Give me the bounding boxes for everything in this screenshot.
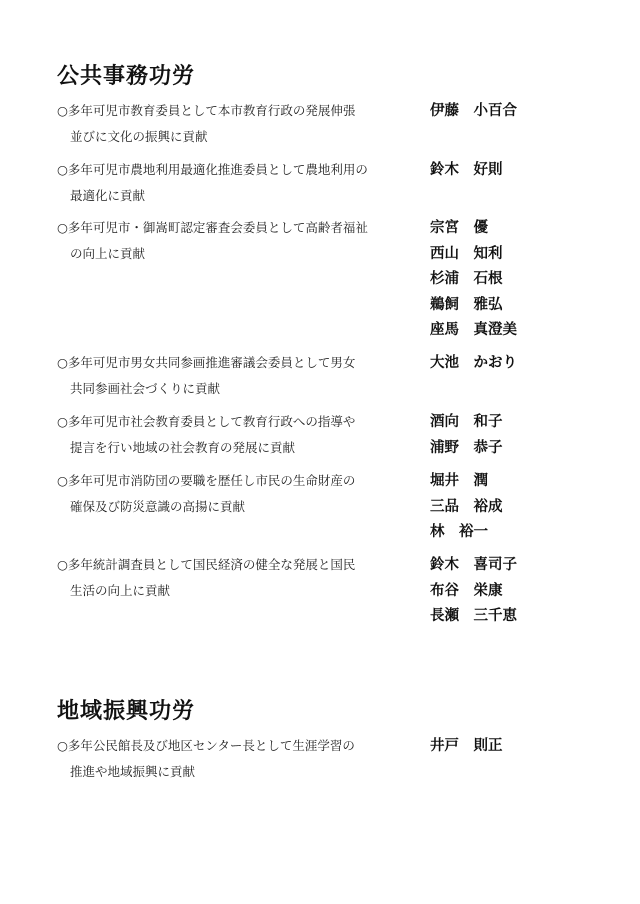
description-line: ○多年公民館長及び地区センター長として生涯学習の (57, 733, 407, 759)
description-line: の向上に貢献 (57, 241, 407, 267)
recipient-names: 宗宮 優 西山 知利 杉浦 石根 鵜飼 雅弘 座馬 真澄美 (430, 215, 517, 343)
recipient-name: 西山 知利 (430, 241, 517, 267)
recipient-name: 長瀬 三千恵 (430, 603, 517, 629)
description-line: 推進や地域振興に貢献 (57, 759, 407, 785)
recipient-name: 座馬 真澄美 (430, 317, 517, 343)
description-line: 最適化に貢献 (57, 183, 407, 209)
description-line: ○多年可児市男女共同参画推進審議会委員として男女 (57, 350, 407, 376)
award-description: ○多年可児市男女共同参画推進審議会委員として男女 共同参画社会づくりに貢献 (57, 350, 407, 402)
recipient-names: 伊藤 小百合 (430, 98, 517, 124)
recipient-names: 酒向 和子 浦野 恭子 (430, 409, 503, 460)
recipient-names: 井戸 則正 (430, 733, 503, 759)
award-description: ○多年可児市・御嵩町認定審査会委員として高齢者福祉 の向上に貢献 (57, 215, 407, 267)
description-line: ○多年可児市・御嵩町認定審査会委員として高齢者福祉 (57, 215, 407, 241)
recipient-name: 鵜飼 雅弘 (430, 292, 517, 318)
recipient-names: 大池 かおり (430, 350, 517, 376)
description-line: 生活の向上に貢献 (57, 578, 407, 604)
recipient-names: 鈴木 好則 (430, 157, 503, 183)
description-line: ○多年可児市社会教育委員として教育行政への指導や (57, 409, 407, 435)
recipient-name: 伊藤 小百合 (430, 98, 517, 124)
award-description: ○多年可児市教育委員として本市教育行政の発展伸張 並びに文化の振興に貢献 (57, 98, 407, 150)
recipient-name: 井戸 則正 (430, 733, 503, 759)
recipient-name: 大池 かおり (430, 350, 517, 376)
award-description: ○多年統計調査員として国民経済の健全な発展と国民 生活の向上に貢献 (57, 552, 407, 604)
recipient-name: 浦野 恭子 (430, 435, 503, 461)
section-title-regional-development: 地域振興功労 (57, 697, 195, 725)
recipient-name: 堀井 潤 (430, 468, 503, 494)
recipient-names: 堀井 潤 三品 裕成 林 裕一 (430, 468, 503, 545)
recipient-name: 杉浦 石根 (430, 266, 517, 292)
award-description: ○多年可児市消防団の要職を歴任し市民の生命財産の 確保及び防災意識の高揚に貢献 (57, 468, 407, 520)
description-line: 確保及び防災意識の高揚に貢献 (57, 494, 407, 520)
recipient-name: 酒向 和子 (430, 409, 503, 435)
description-line: ○多年可児市消防団の要職を歴任し市民の生命財産の (57, 468, 407, 494)
description-line: 提言を行い地域の社会教育の発展に貢献 (57, 435, 407, 461)
description-line: 並びに文化の振興に貢献 (57, 124, 407, 150)
recipient-name: 林 裕一 (430, 519, 503, 545)
recipient-name: 布谷 栄康 (430, 578, 517, 604)
recipient-name: 宗宮 優 (430, 215, 517, 241)
description-line: ○多年可児市教育委員として本市教育行政の発展伸張 (57, 98, 407, 124)
recipient-name: 鈴木 好則 (430, 157, 503, 183)
award-description: ○多年可児市社会教育委員として教育行政への指導や 提言を行い地域の社会教育の発展… (57, 409, 407, 461)
recipient-name: 鈴木 喜司子 (430, 552, 517, 578)
description-line: ○多年統計調査員として国民経済の健全な発展と国民 (57, 552, 407, 578)
award-description: ○多年可児市農地利用最適化推進委員として農地利用の 最適化に貢献 (57, 157, 407, 209)
section-title-public-affairs: 公共事務功労 (57, 62, 195, 90)
award-description: ○多年公民館長及び地区センター長として生涯学習の 推進や地域振興に貢献 (57, 733, 407, 785)
description-line: ○多年可児市農地利用最適化推進委員として農地利用の (57, 157, 407, 183)
recipient-name: 三品 裕成 (430, 494, 503, 520)
description-line: 共同参画社会づくりに貢献 (57, 376, 407, 402)
recipient-names: 鈴木 喜司子 布谷 栄康 長瀬 三千恵 (430, 552, 517, 629)
